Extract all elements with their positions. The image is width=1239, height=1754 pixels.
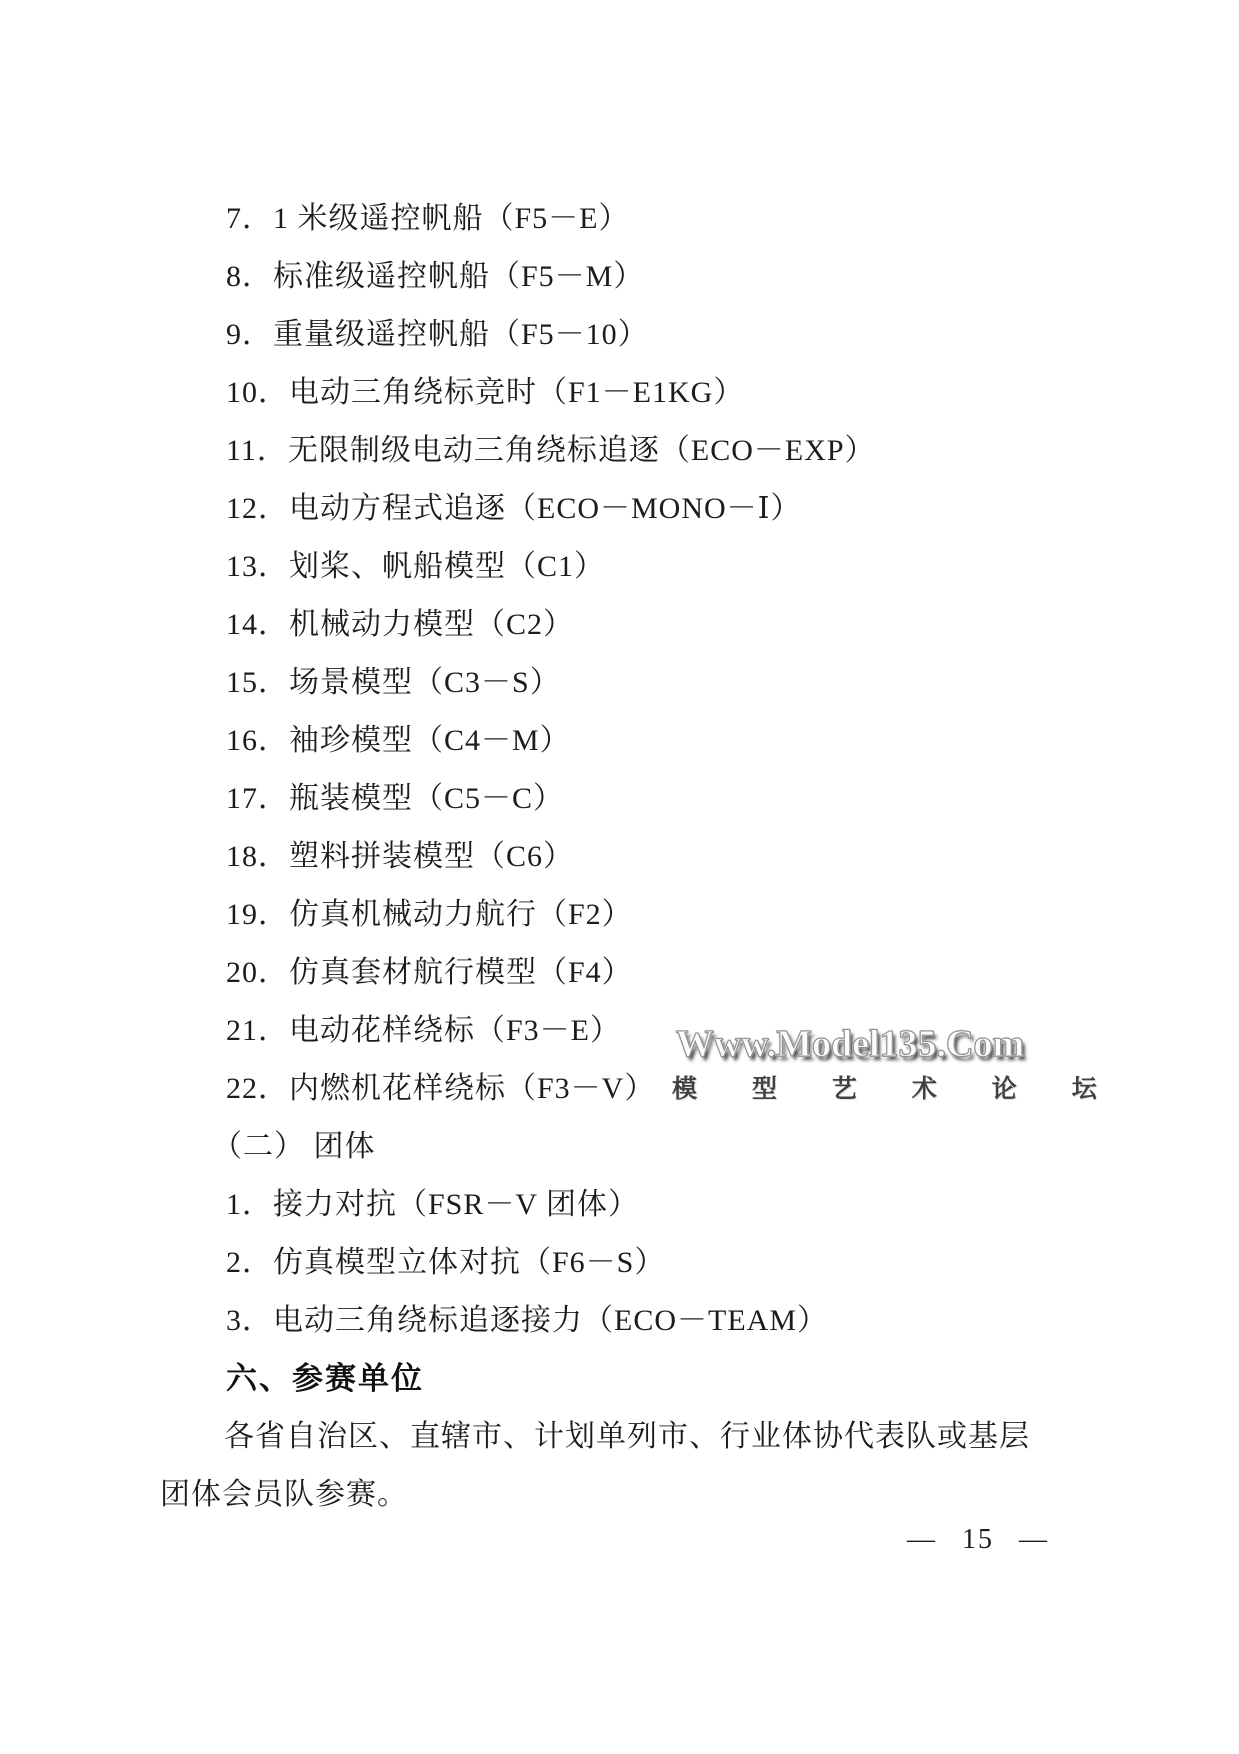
list-item: 18．塑料拼装模型（C6）: [160, 824, 1085, 882]
list-item: 10．电动三角绕标竞时（F1－E1KG）: [160, 360, 1085, 418]
page-number: — 15 —: [907, 1524, 1049, 1556]
team-subheading: （二） 团体: [160, 1114, 1085, 1172]
document-body: 7．1 米级遥控帆船（F5－E） 8．标准级遥控帆船（F5－M） 9．重量级遥控…: [160, 186, 1085, 1520]
list-item: 12．电动方程式追逐（ECO－MONO－Ⅰ）: [160, 476, 1085, 534]
list-item: 3．电动三角绕标追逐接力（ECO－TEAM）: [160, 1288, 1085, 1346]
list-item: 20．仿真套材航行模型（F4）: [160, 940, 1085, 998]
list-item: 21．电动花样绕标（F3－E）: [160, 998, 1085, 1056]
list-item: 19．仿真机械动力航行（F2）: [160, 882, 1085, 940]
section-heading: 六、参赛单位: [160, 1346, 1085, 1404]
list-item: 2．仿真模型立体对抗（F6－S）: [160, 1230, 1085, 1288]
list-item: 13．划桨、帆船模型（C1）: [160, 534, 1085, 592]
list-item: 11．无限制级电动三角绕标追逐（ECO－EXP）: [160, 418, 1085, 476]
list-item: 9．重量级遥控帆船（F5－10）: [160, 302, 1085, 360]
list-item: 17．瓶装模型（C5－C）: [160, 766, 1085, 824]
list-item: 22．内燃机花样绕标（F3－V）: [160, 1056, 1085, 1114]
list-item: 7．1 米级遥控帆船（F5－E）: [160, 186, 1085, 244]
paragraph-line: 团体会员队参赛。: [160, 1462, 1085, 1520]
list-item: 14．机械动力模型（C2）: [160, 592, 1085, 650]
paragraph-line: 各省自治区、直辖市、计划单列市、行业体协代表队或基层: [160, 1404, 1085, 1462]
document-page: 7．1 米级遥控帆船（F5－E） 8．标准级遥控帆船（F5－M） 9．重量级遥控…: [0, 0, 1239, 1754]
list-item: 8．标准级遥控帆船（F5－M）: [160, 244, 1085, 302]
list-item: 1．接力对抗（FSR－V 团体）: [160, 1172, 1085, 1230]
list-item: 16．袖珍模型（C4－M）: [160, 708, 1085, 766]
list-item: 15．场景模型（C3－S）: [160, 650, 1085, 708]
